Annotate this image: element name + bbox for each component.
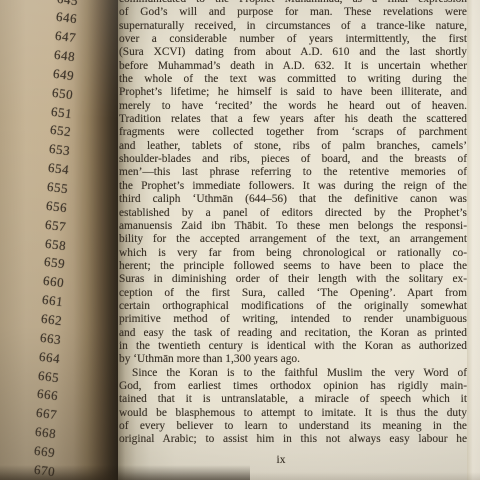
margin-number: 663 [39, 331, 62, 347]
text-line: in the twentieth century is identical wi… [119, 340, 467, 353]
margin-number: 664 [38, 349, 61, 365]
text-line: before Muhammad’s death in A.D. 632. It … [119, 60, 467, 73]
text-line: primitive method of writing, intended to… [119, 313, 467, 326]
book-photo: 6456466476486496506516526536546556566576… [0, 0, 480, 480]
text-line: merely to have ‘recited’ the words he he… [119, 100, 467, 113]
text-line: the whole of the text was committed to w… [119, 73, 467, 86]
margin-number: 646 [55, 10, 78, 26]
margin-number: 649 [52, 67, 75, 83]
text-line: ception of the first Sura, called ‘The O… [119, 287, 467, 300]
margin-number: 660 [42, 274, 65, 290]
margin-number: 648 [53, 48, 76, 64]
text-line: tained that it is untranslatable, a mira… [119, 393, 467, 406]
bottom-vignette [0, 472, 480, 480]
text-line: which is very far from being chronologic… [119, 247, 467, 260]
text-line: the Prophet’s immediate followers. It wa… [119, 180, 467, 193]
text-line: and leather, tablets of stone, ribs of p… [119, 140, 467, 153]
margin-number: 661 [41, 293, 64, 309]
text-line: Prophet’s lifetime; he himself is said t… [119, 86, 467, 99]
text-line: (Sura XCVI) dating from about A.D. 610 a… [119, 46, 467, 59]
text-line: men’—this last phrase referring to the r… [119, 166, 467, 179]
text-line: original Arabic; to assist him in this n… [119, 433, 467, 446]
margin-number: 666 [36, 387, 59, 403]
margin-number: 658 [44, 236, 67, 252]
text-line: amanuensis Zaid ibn Thābit. To these men… [119, 220, 467, 233]
text-line: over a considerable number of years inte… [119, 33, 467, 46]
text-line: shoulder-blades and ribs, pieces of boar… [119, 153, 467, 166]
page-edge-strip [467, 0, 480, 480]
text-line: Suras in diminishing order of their leng… [119, 273, 467, 286]
margin-number: 665 [37, 368, 60, 384]
text-line: and easy the task of reading and recitat… [119, 327, 467, 340]
margin-number: 651 [50, 104, 73, 120]
margin-number: 653 [48, 142, 71, 158]
text-line: of God’s will and purpose for man. These… [119, 6, 467, 19]
text-line: by ‘Uthmān more than 1,300 years ago. [119, 353, 467, 366]
text-line: Since the Koran is to the faithful Musli… [119, 367, 467, 380]
text-line: of every believer to learn to understand… [119, 420, 467, 433]
margin-number: 656 [46, 199, 69, 215]
text-line: certain orthographical modifications of … [119, 300, 467, 313]
text-line: third caliph ‘Uthmān (644–56) that the d… [119, 193, 467, 206]
margin-number: 654 [47, 161, 70, 177]
text-line: established by a panel of editors direct… [119, 207, 467, 220]
margin-number: 655 [47, 180, 70, 196]
margin-number: 667 [35, 406, 58, 422]
text-line: supernaturally received, in circumstance… [119, 20, 467, 33]
margin-number: 647 [54, 29, 77, 45]
text-line: would be blasphemous to attempt to imita… [119, 407, 467, 420]
margin-number: 657 [45, 217, 68, 233]
text-line: fragments were collected together from ‘… [119, 126, 467, 139]
margin-number: 668 [35, 425, 58, 441]
margin-number: 650 [51, 86, 74, 102]
text-line: bility for the accepted arrangement of t… [119, 233, 467, 246]
margin-number: 662 [40, 312, 63, 328]
text-line: Tradition relates that a few years after… [119, 113, 467, 126]
text-line: God, from earliest times orthodox opinio… [119, 380, 467, 393]
margin-number: 669 [34, 444, 57, 460]
page-text: communicated to the Prophet Muhammad, as… [119, 0, 467, 447]
text-line: herent; the principle followed seems to … [119, 260, 467, 273]
